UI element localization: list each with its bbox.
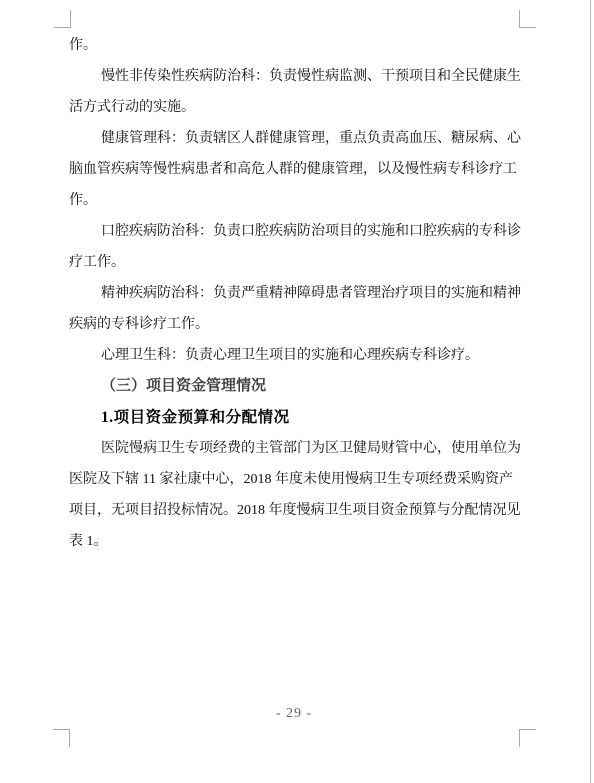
paragraph: 医院慢病卫生专项经费的主管部门为区卫健局财管中心，使用单位为医院及下辖 11 家…: [69, 433, 521, 557]
text-line: 作。: [69, 30, 521, 61]
crop-mark-bottom-right-icon: [519, 729, 536, 747]
paragraph: 口腔疾病防治科：负责口腔疾病防治项目的实施和口腔疾病的专科诊疗工作。: [69, 216, 521, 278]
paragraph: 作。: [69, 30, 521, 61]
text-line: 医院慢病卫生专项经费的主管部门为区卫健局财管中心，使用单位为: [69, 433, 521, 464]
heading-level4: 1.项目资金预算和分配情况: [69, 402, 521, 433]
text-line: 医院及下辖 11 家社康中心，2018 年度未使用慢病卫生专项经费采购资产: [69, 464, 521, 495]
text-line: 口腔疾病防治科：负责口腔疾病防治项目的实施和口腔疾病的专科诊: [69, 216, 521, 247]
document-page: 作。慢性非传染性疾病防治科：负责慢性病监测、干预项目和全民健康生活方式行动的实施…: [0, 0, 594, 783]
text-line: （三）项目资金管理情况: [69, 371, 521, 402]
text-line: 脑血管疾病等慢性病患者和高危人群的健康管理，以及慢性病专科诊疗工: [69, 154, 521, 185]
text-line: 疗工作。: [69, 247, 521, 278]
text-line: 活方式行动的实施。: [69, 92, 521, 123]
crop-mark-top-left-icon: [54, 10, 71, 28]
text-line: 疾病的专科诊疗工作。: [69, 309, 521, 340]
paragraph: 慢性非传染性疾病防治科：负责慢性病监测、干预项目和全民健康生活方式行动的实施。: [69, 61, 521, 123]
page-right-edge-line: [590, 0, 591, 783]
text-line: 心理卫生科：负责心理卫生项目的实施和心理疾病专科诊疗。: [69, 340, 521, 371]
text-line: 表 1。: [69, 526, 521, 557]
text-line: 项目，无项目招投标情况。2018 年度慢病卫生项目资金预算与分配情况见: [69, 495, 521, 526]
crop-mark-top-right-icon: [519, 10, 536, 28]
crop-mark-bottom-left-icon: [53, 729, 70, 747]
text-line: 作。: [69, 185, 521, 216]
text-line: 1.项目资金预算和分配情况: [69, 402, 521, 433]
paragraph: 精神疾病防治科：负责严重精神障碍患者管理治疗项目的实施和精神疾病的专科诊疗工作。: [69, 278, 521, 340]
text-line: 健康管理科：负责辖区人群健康管理，重点负责高血压、糖尿病、心: [69, 123, 521, 154]
document-content: 作。慢性非传染性疾病防治科：负责慢性病监测、干预项目和全民健康生活方式行动的实施…: [69, 30, 521, 557]
page-number: - 29 -: [69, 703, 519, 725]
paragraph: 心理卫生科：负责心理卫生项目的实施和心理疾病专科诊疗。: [69, 340, 521, 371]
heading-level3: （三）项目资金管理情况: [69, 371, 521, 402]
text-line: 慢性非传染性疾病防治科：负责慢性病监测、干预项目和全民健康生: [69, 61, 521, 92]
paragraph: 健康管理科：负责辖区人群健康管理，重点负责高血压、糖尿病、心脑血管疾病等慢性病患…: [69, 123, 521, 216]
text-line: 精神疾病防治科：负责严重精神障碍患者管理治疗项目的实施和精神: [69, 278, 521, 309]
